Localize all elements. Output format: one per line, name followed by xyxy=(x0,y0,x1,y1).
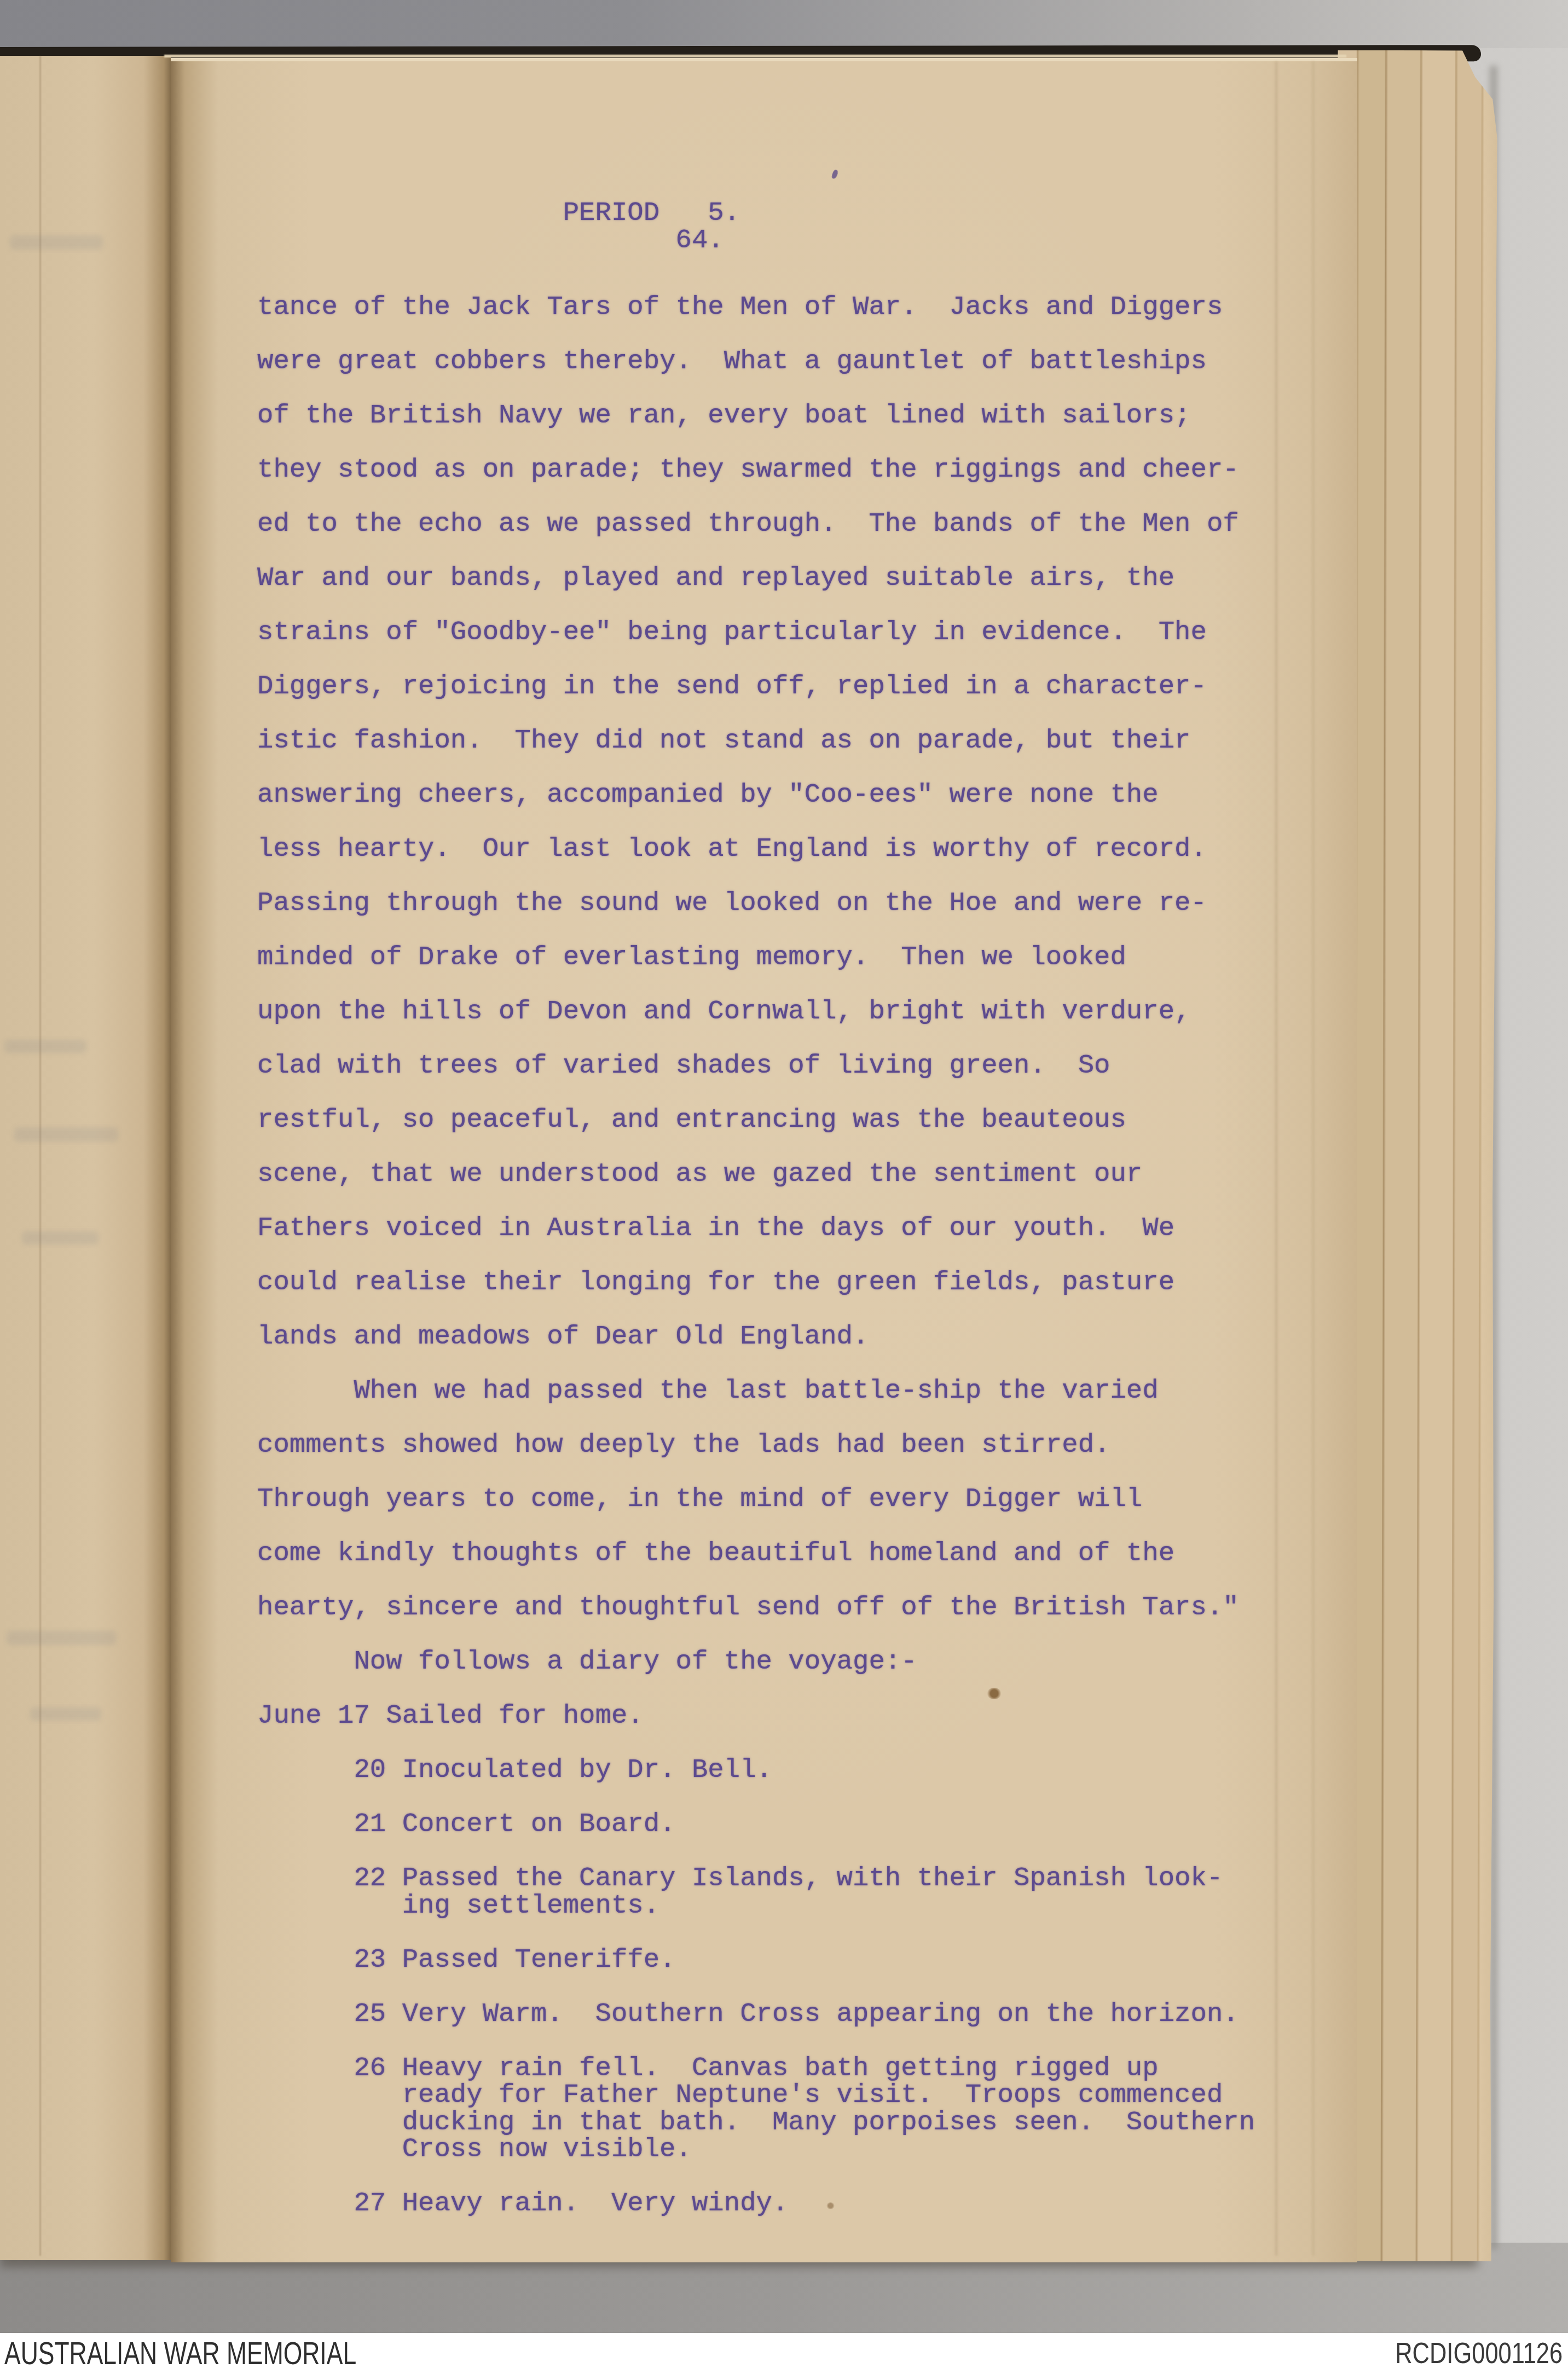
bleed-through-smudge xyxy=(30,1707,101,1721)
bleed-through-smudge xyxy=(4,1040,86,1053)
scanner-background-top xyxy=(0,0,1568,48)
typewritten-page-header: PERIOD 5. 64. xyxy=(257,200,740,254)
archive-footer-bar: AUSTRALIAN WAR MEMORIAL RCDIG0001126 xyxy=(0,2333,1568,2374)
page-crease xyxy=(1312,61,1314,2256)
scanned-document-viewer: { "scan": { "colors": { "paper": "#dcc8a… xyxy=(0,0,1568,2374)
page-crease xyxy=(1275,61,1277,2256)
stacked-page-edges xyxy=(1333,50,1497,2262)
paper-stain xyxy=(987,1688,1002,1699)
bleed-through-smudge xyxy=(7,1631,116,1645)
paper-stain xyxy=(826,2202,835,2209)
left-page xyxy=(0,56,171,2260)
typewritten-body-text: tance of the Jack Tars of the Men of War… xyxy=(257,294,1255,2217)
archive-item-id: RCDIG0001126 xyxy=(1395,2337,1563,2370)
left-page-crease xyxy=(39,56,41,2256)
bleed-through-smudge xyxy=(22,1231,99,1244)
archive-name-label: AUSTRALIAN WAR MEMORIAL xyxy=(4,2336,356,2372)
page-top-edge-highlight xyxy=(164,55,1346,57)
bleed-through-smudge xyxy=(14,1127,118,1142)
bleed-through-smudge xyxy=(10,235,103,250)
